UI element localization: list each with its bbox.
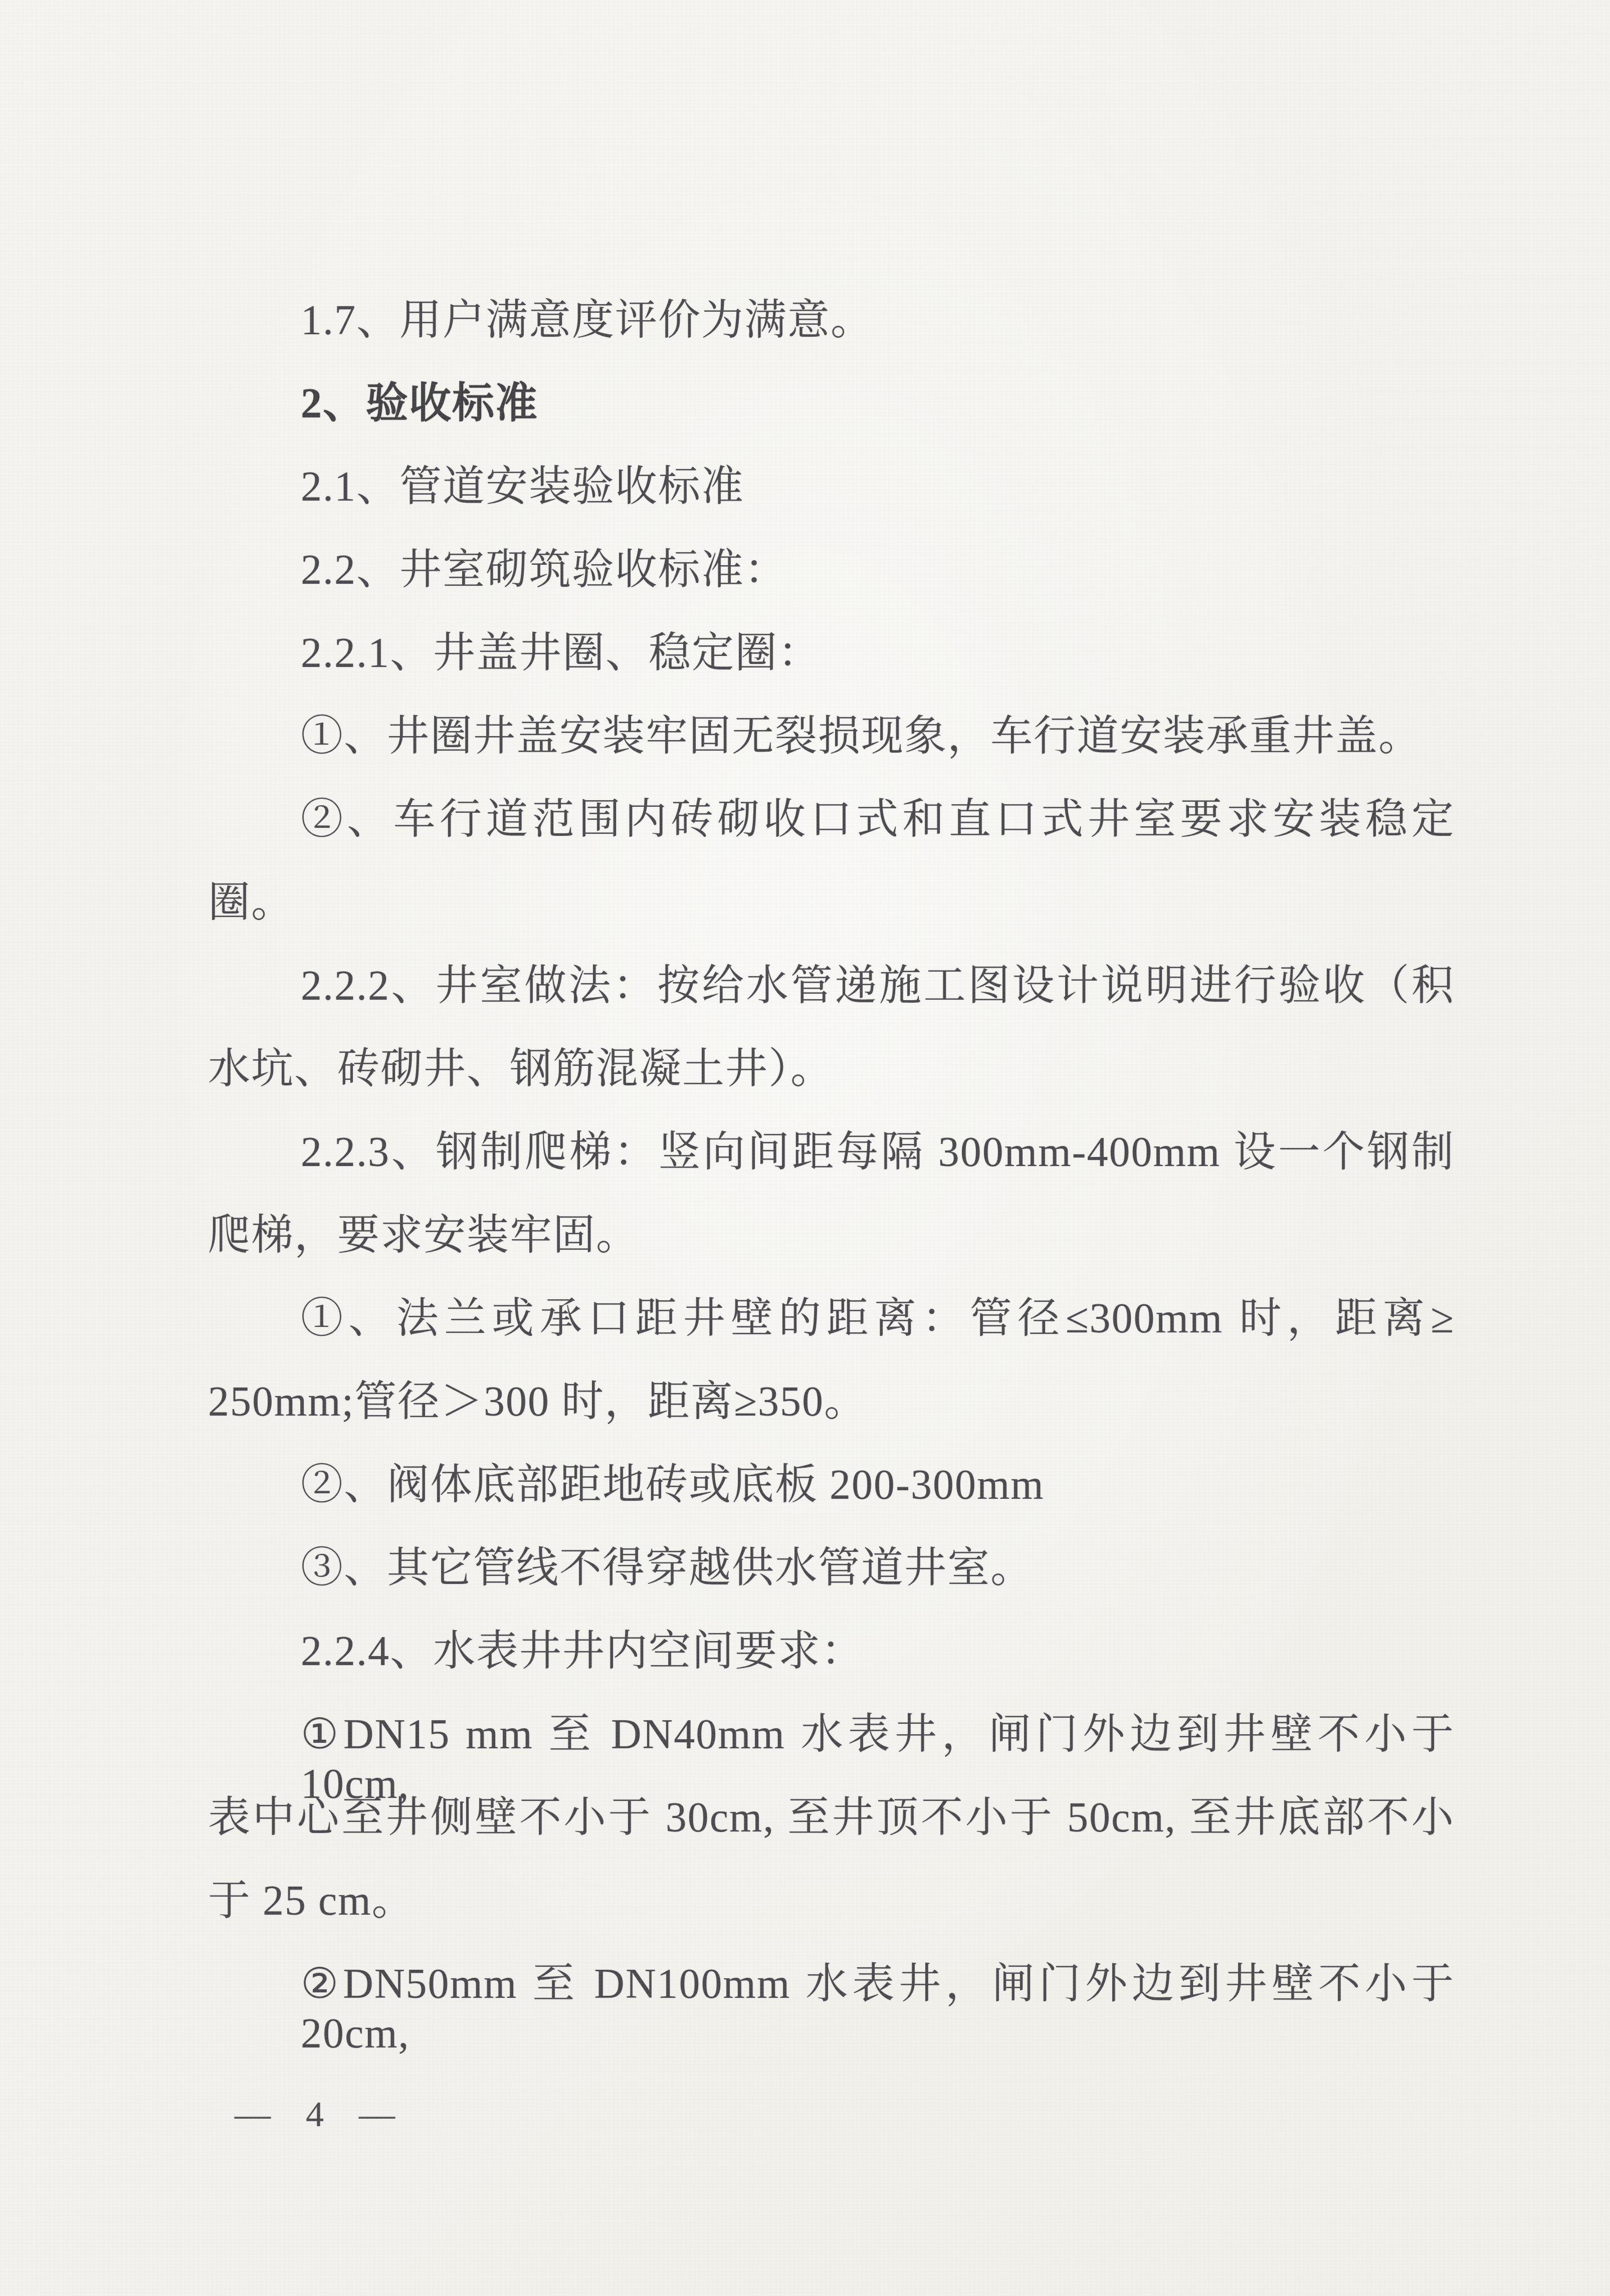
text-line-item-2-cont: 圈。 xyxy=(208,878,1455,928)
text-line-2-2-2: 2.2.2、井室做法：按给水管递施工图设计说明进行验收（积 xyxy=(301,961,1455,1011)
section-heading-2: 2、验收标准 xyxy=(301,379,1455,428)
text-line-2-2: 2.2、井室砌筑验收标准： xyxy=(301,545,1455,595)
text-line-pipes-3: ③、其它管线不得穿越供水管道井室。 xyxy=(301,1543,1455,1593)
page-number: — 4 — xyxy=(235,2094,408,2135)
text-line-dn50: ②DN50mm 至 DN100mm 水表井，闸门外边到井壁不小于 20cm, xyxy=(301,1959,1455,2058)
text-line-2-2-4: 2.2.4、水表井井内空间要求： xyxy=(301,1627,1455,1676)
text-line-flange-1-cont: 250mm;管径＞300 时，距离≥350。 xyxy=(208,1377,1455,1427)
text-line-item-2: ②、车行道范围内砖砌收口式和直口式井室要求安装稳定 xyxy=(301,795,1455,844)
text-line-2-1: 2.1、管道安装验收标准 xyxy=(301,462,1455,512)
text-line-2-2-3: 2.2.3、钢制爬梯：竖向间距每隔 300mm-400mm 设一个钢制 xyxy=(301,1127,1455,1177)
text-line-flange-1: ①、法兰或承口距井壁的距离：管径≤300mm 时，距离≥ xyxy=(301,1294,1455,1343)
text-line-2-2-1: 2.2.1、井盖井圈、稳定圈： xyxy=(301,628,1455,678)
text-line-dn15-cont1: 表中心至井侧壁不小于 30cm, 至井顶不小于 50cm, 至井底部不小 xyxy=(208,1793,1455,1843)
text-line-1-7: 1.7、用户满意度评价为满意。 xyxy=(301,296,1455,345)
text-line-2-2-2-cont: 水坑、砖砌井、钢筋混凝土井）。 xyxy=(208,1044,1455,1094)
text-line-item-1: ①、井圈井盖安装牢固无裂损现象，车行道安装承重井盖。 xyxy=(301,712,1455,761)
text-line-valve-2: ②、阀体底部距地砖或底板 200-300mm xyxy=(301,1460,1455,1510)
scanned-document-page: 1.7、用户满意度评价为满意。 2、验收标准 2.1、管道安装验收标准 2.2、… xyxy=(0,0,1610,2296)
text-line-dn15-cont2: 于 25 cm。 xyxy=(208,1876,1455,1926)
text-line-2-2-3-cont: 爬梯，要求安装牢固。 xyxy=(208,1211,1455,1260)
